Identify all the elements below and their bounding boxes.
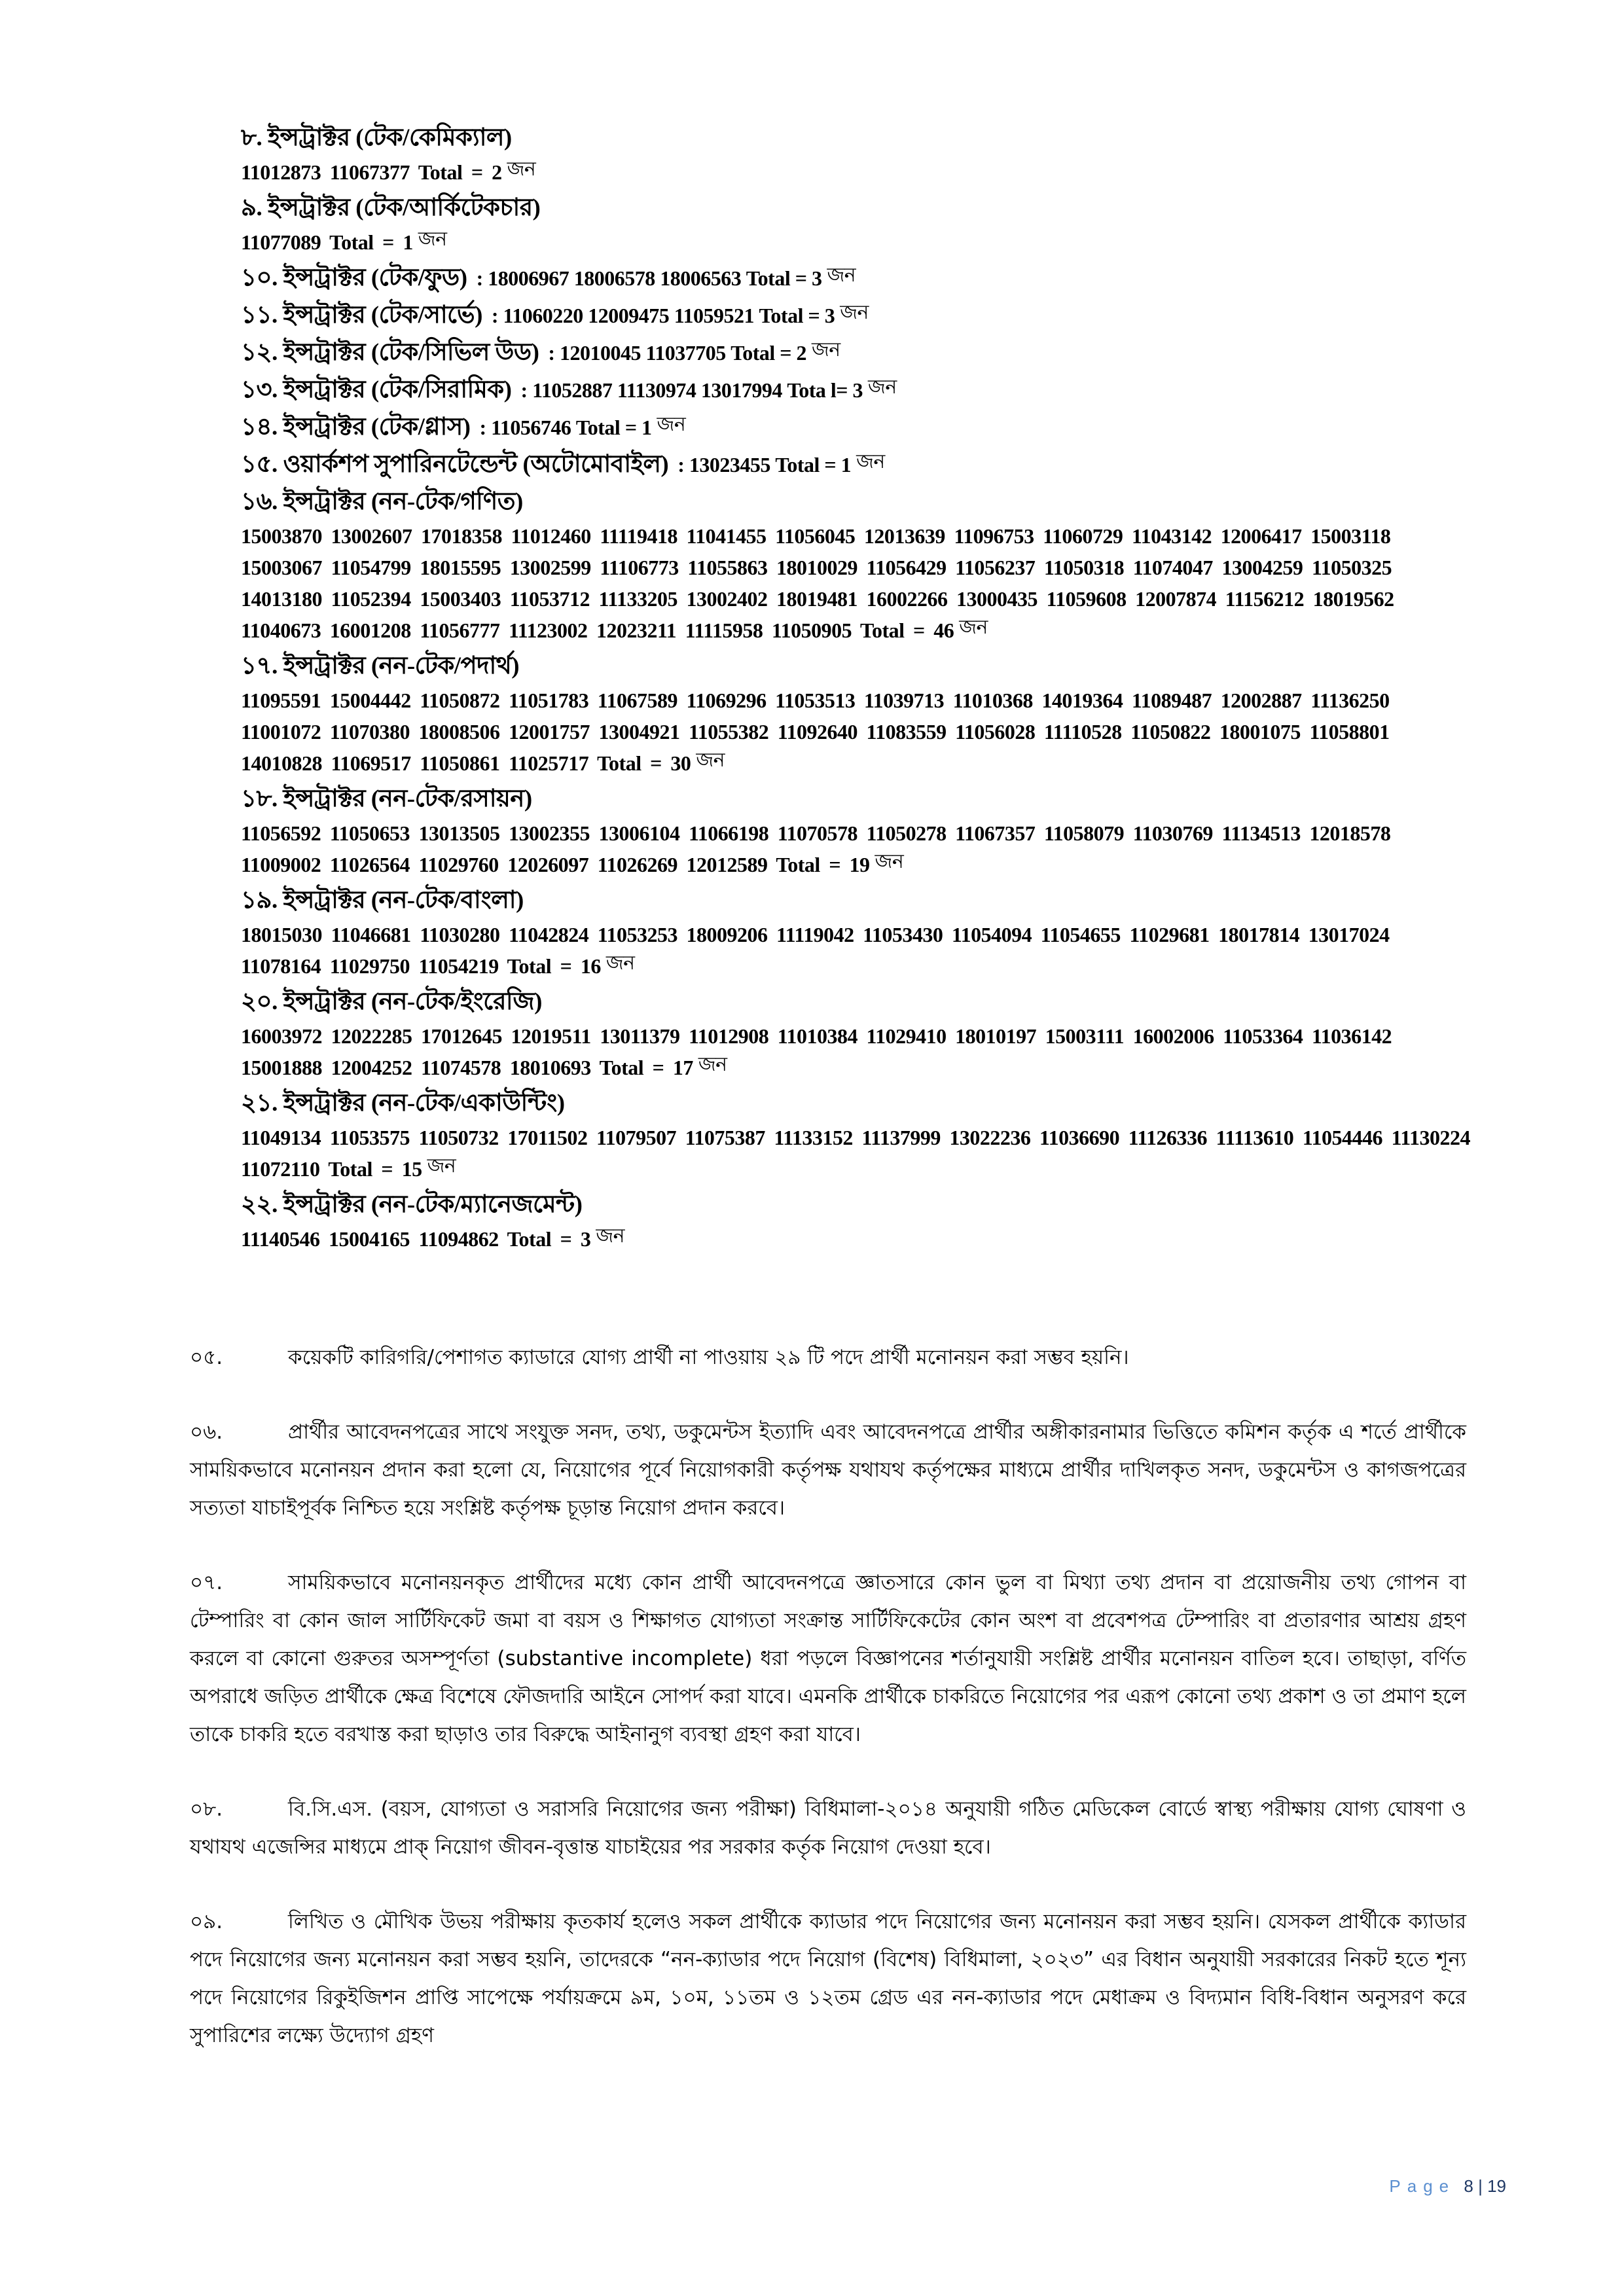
paragraph-text: সাময়িকভাবে মনোনয়নকৃত প্রার্থীদের মধ্যে… (190, 1571, 1466, 1746)
registration-number: 11133152 (774, 1126, 852, 1149)
registration-number: 11012908 (689, 1024, 768, 1048)
candidate-list: ৮. ইন্সট্রাক্টর (টেক/কেমিক্যাল)11012873 … (241, 119, 1471, 1256)
registration-number: 11133205 (598, 587, 677, 611)
unit-label: জন (507, 158, 536, 180)
registration-number: 11054094 (952, 923, 1032, 946)
unit-label: জন (812, 339, 840, 361)
registration-number: 17012645 (421, 1024, 502, 1048)
registration-number: 11012873 (241, 160, 321, 184)
section-heading: ১৬. ইন্সট্রাক্টর (নন-টেক/গণিত) (241, 483, 1471, 520)
registration-number: 15003118 (1310, 524, 1390, 548)
section-heading: ১১. ইন্সট্রাক্টর (টেক/সার্ভে): 11060220 … (241, 296, 1471, 334)
section-heading: ১৯. ইন্সট্রাক্টর (নন-টেক/বাংলা) (241, 882, 1471, 919)
total-value: 1 (403, 230, 413, 254)
registration-number: 11079507 (596, 1126, 676, 1149)
section-heading: ৯. ইন্সট্রাক্টর (টেক/আর্কিটেকচার) (241, 189, 1471, 226)
unit-label: জন (856, 451, 885, 473)
section-title: ১৯. ইন্সট্রাক্টর (নন-টেক/বাংলা) (241, 887, 524, 914)
section-title: ১৮. ইন্সট্রাক্টর (নন-টেক/রসায়ন) (241, 785, 532, 812)
total-count: Total = 15জন (328, 1157, 456, 1181)
registration-number: 13013505 (418, 821, 499, 845)
registration-number: 15004165 (329, 1227, 410, 1251)
total-count: Total = 3জন (746, 266, 856, 290)
unit-label: জন (840, 302, 869, 323)
registration-number: 11069296 (686, 689, 766, 712)
registration-number: 11054219 (418, 954, 498, 978)
registration-number: 11037705 (646, 341, 726, 365)
registration-number: 13002607 (331, 524, 412, 548)
registration-number: 11046681 (331, 923, 411, 946)
registration-number: 11026269 (598, 853, 677, 876)
registration-number: 11070578 (778, 821, 857, 845)
registration-number: 18019562 (1313, 587, 1394, 611)
registration-number: 13022236 (949, 1126, 1030, 1149)
registration-number: 11130974 (617, 378, 696, 402)
page-separator: | (1478, 2176, 1483, 2196)
registration-number: 11036142 (1312, 1024, 1392, 1048)
total-count: Total = 3জন (507, 1227, 624, 1251)
registration-number: 11050905 (772, 619, 852, 642)
registration-number: 18015030 (241, 923, 322, 946)
registration-number: 11039713 (864, 689, 944, 712)
registration-number: 12012589 (686, 853, 767, 876)
registration-number: 11095591 (241, 689, 321, 712)
registration-number: 14010828 (241, 751, 322, 775)
registration-number: 12018578 (1309, 821, 1390, 845)
total-count: Total = 2জন (731, 341, 840, 365)
registration-number: 12010045 (560, 341, 641, 365)
unit-label: জন (875, 851, 904, 872)
section-title: ১২. ইন্সট্রাক্টর (টেক/সিভিল উড) (241, 339, 539, 366)
registration-number: 13002402 (686, 587, 767, 611)
registration-number: 11075387 (685, 1126, 765, 1149)
registration-number: 17011502 (507, 1126, 587, 1149)
registration-number: 11043142 (1132, 524, 1212, 548)
registration-number: 11058079 (1044, 821, 1124, 845)
registration-number: 11119418 (600, 524, 677, 548)
total-value: 1 (641, 416, 652, 439)
section-title: ১৭. ইন্সট্রাক্টর (নন-টেক/পদার্থ) (241, 653, 519, 679)
registration-number: 13002599 (510, 556, 591, 579)
registration-number: 11055863 (687, 556, 767, 579)
total-label: Total = (746, 266, 807, 290)
registration-number: 11050653 (330, 821, 410, 845)
registration-list: : 13023455 Total = 1জন (677, 453, 885, 476)
registration-number: 12001757 (509, 720, 590, 744)
registration-number: 11012460 (511, 524, 591, 548)
section-heading: ১৩. ইন্সট্রাক্টর (টেক/সিরামিক): 11052887… (241, 371, 1471, 408)
registration-number: 11067357 (955, 821, 1035, 845)
section-title: ৮. ইন্সট্রাক্টর (টেক/কেমিক্যাল) (241, 124, 512, 151)
registration-number: 11054446 (1303, 1126, 1382, 1149)
registration-number: 13000435 (956, 587, 1038, 611)
total-value: 3 (825, 304, 835, 327)
total-value: 17 (673, 1056, 693, 1079)
registration-number: 11067377 (330, 160, 410, 184)
total-label: Total = (507, 954, 572, 978)
section-heading: ১৫. ওয়ার্কশপ সুপারিনটেন্ডেন্ট (অটোমোবাই… (241, 446, 1471, 483)
unit-label: জন (606, 952, 635, 974)
unit-label: জন (868, 376, 897, 398)
total-value: 2 (796, 341, 806, 365)
registration-number: 11029750 (330, 954, 410, 978)
registration-number: 11050325 (1312, 556, 1392, 579)
note-paragraph: ০৮.বি.সি.এস. (বয়স, যোগ্যতা ও সরাসরি নিয… (190, 1790, 1466, 1866)
registration-list: 11012873 11067377 Total = 2জন (241, 156, 1471, 189)
total-label: Total = (597, 751, 662, 775)
section-title: ১১. ইন্সট্রাক্টর (টেক/সার্ভে) (241, 302, 482, 329)
registration-number: 18010197 (955, 1024, 1036, 1048)
page-total: 19 (1487, 2176, 1506, 2196)
section-title: ৯. ইন্সট্রাক্টর (টেক/আর্কিটেকচার) (241, 194, 540, 221)
registration-number: 13004259 (1221, 556, 1303, 579)
registration-number: 13006104 (598, 821, 679, 845)
total-label: Total = (418, 160, 483, 184)
registration-number: 11056592 (241, 821, 321, 845)
registration-number: 11040673 (241, 619, 321, 642)
registration-number: 11042824 (509, 923, 588, 946)
section-heading: ২২. ইন্সট্রাক্টর (নন-টেক/ম্যানেজমেন্ট) (241, 1186, 1471, 1223)
total-value: 30 (670, 751, 691, 775)
registration-list: 11077089 Total = 1জন (241, 226, 1471, 259)
registration-number: 11066198 (689, 821, 768, 845)
section-heading: ১৭. ইন্সট্রাক্টর (নন-টেক/পদার্থ) (241, 647, 1471, 685)
unit-label: জন (827, 264, 856, 286)
total-value: 16 (581, 954, 601, 978)
page-label: Page (1389, 2176, 1455, 2196)
section-heading: ৮. ইন্সট্রাক্টর (টেক/কেমিক্যাল) (241, 119, 1471, 156)
registration-number: 12026097 (507, 853, 588, 876)
registration-number: 11059608 (1046, 587, 1126, 611)
registration-list: : 11052887 11130974 13017994 Tota l= 3জন (520, 378, 896, 402)
registration-number: 11053430 (863, 923, 943, 946)
registration-number: 11054799 (331, 556, 411, 579)
total-count: Total = 2জন (418, 160, 535, 184)
registration-number: 11026564 (330, 853, 410, 876)
note-paragraph: ০৫.কয়েকটি কারিগরি/পেশাগত ক্যাডারে যোগ্য… (190, 1338, 1466, 1376)
registration-list: 11049134 11053575 11050732 17011502 1107… (241, 1122, 1471, 1186)
registration-number: 11050732 (418, 1126, 498, 1149)
registration-number: 11053712 (510, 587, 590, 611)
registration-number: 12023211 (596, 619, 676, 642)
registration-number: 13017994 (701, 378, 782, 402)
total-label: Total = (328, 1157, 393, 1181)
registration-number: 11030280 (420, 923, 499, 946)
registration-number: 11060220 (503, 304, 583, 327)
registration-number: 11074047 (1133, 556, 1213, 579)
total-value: 19 (850, 853, 870, 876)
document-page: ৮. ইন্সট্রাক্টর (টেক/কেমিক্যাল)11012873 … (0, 0, 1624, 2296)
total-label: Total = (759, 304, 820, 327)
registration-number: 12009475 (588, 304, 669, 327)
registration-number: 11041455 (686, 524, 766, 548)
registration-number: 11123002 (509, 619, 587, 642)
registration-number: 11050278 (866, 821, 946, 845)
section-title: ১৬. ইন্সট্রাক্টর (নন-টেক/গণিত) (241, 488, 523, 515)
registration-list: : 18006967 18006578 18006563 Total = 3জন (477, 266, 856, 290)
unit-label: জন (596, 1225, 624, 1247)
registration-number: 11056028 (955, 720, 1035, 744)
total-count: Total = 17জন (600, 1056, 727, 1079)
registration-number: 16002266 (866, 587, 947, 611)
section-title: ২১. ইন্সট্রাক্টর (নন-টেক/একাউন্টিং) (241, 1090, 565, 1117)
registration-number: 11156212 (1225, 587, 1304, 611)
registration-number: 15003111 (1045, 1024, 1124, 1048)
registration-number: 11078164 (241, 954, 321, 978)
registration-number: 11096753 (954, 524, 1034, 548)
registration-number: 11056429 (866, 556, 946, 579)
registration-number: 13011379 (600, 1024, 679, 1048)
registration-number: 11029410 (866, 1024, 946, 1048)
registration-number: 11055382 (689, 720, 768, 744)
section-title: ২২. ইন্সট্রাক্টর (নন-টেক/ম্যানেজমেন্ট) (241, 1191, 582, 1218)
registration-list: : 11060220 12009475 11059521 Total = 3জন (492, 304, 869, 327)
total-value: 3 (812, 266, 822, 290)
page-number: 8 (1464, 2176, 1473, 2196)
registration-number: 11053513 (775, 689, 855, 712)
registration-number: 11058801 (1309, 720, 1389, 744)
unit-label: জন (657, 414, 686, 435)
registration-number: 17018358 (421, 524, 502, 548)
registration-number: 11052394 (331, 587, 411, 611)
registration-list: 11095591 15004442 11050872 11051783 1106… (241, 685, 1471, 780)
registration-list: 11056592 11050653 13013505 13002355 1300… (241, 817, 1471, 882)
note-paragraph: ০৭.সাময়িকভাবে মনোনয়নকৃত প্রার্থীদের মধ… (190, 1564, 1466, 1753)
registration-number: 18006967 (488, 266, 569, 290)
registration-number: 12022285 (331, 1024, 412, 1048)
registration-number: 11053575 (330, 1126, 410, 1149)
registration-number: 11056746 (491, 416, 571, 439)
total-label: Total = (576, 416, 637, 439)
paragraph-number: ০৯. (190, 1903, 288, 1941)
registration-number: 18017814 (1218, 923, 1299, 946)
paragraph-text: বি.সি.এস. (বয়স, যোগ্যতা ও সরাসরি নিয়োগ… (190, 1797, 1466, 1859)
registration-number: 16001208 (330, 619, 411, 642)
registration-number: 13002355 (509, 821, 590, 845)
section-title: ২০. ইন্সট্রাক্টর (নন-টেক/ইংরেজি) (241, 988, 542, 1015)
section-heading: ১৮. ইন্সট্রাক্টর (নন-টেক/রসায়ন) (241, 780, 1471, 817)
total-count: Total = 19জন (776, 853, 903, 876)
registration-number: 18006578 (574, 266, 655, 290)
registration-number: 11050822 (1130, 720, 1210, 744)
registration-number: 11115958 (685, 619, 763, 642)
registration-number: 11053364 (1223, 1024, 1303, 1048)
total-label: Total = (776, 853, 840, 876)
registration-list: 18015030 11046681 11030280 11042824 1105… (241, 919, 1471, 983)
registration-number: 11050318 (1044, 556, 1124, 579)
registration-number: 11029681 (1129, 923, 1209, 946)
total-count: Total = 1জন (775, 453, 884, 476)
registration-number: 12002887 (1221, 689, 1302, 712)
registration-list: : 11056746 Total = 1জন (479, 416, 685, 439)
registration-number: 11067589 (598, 689, 677, 712)
total-value: 2 (492, 160, 502, 184)
registration-number: 11074578 (421, 1056, 501, 1079)
registration-number: 11140546 (241, 1227, 319, 1251)
registration-list: : 12010045 11037705 Total = 2জন (548, 341, 840, 365)
registration-number: 11052887 (532, 378, 612, 402)
total-label: Total = (329, 230, 394, 254)
section-title: ১৩. ইন্সট্রাক্টর (টেক/সিরামিক) (241, 376, 511, 403)
paragraph-number: ০৫. (190, 1338, 288, 1376)
unit-label: জন (959, 617, 988, 638)
total-count: Total = 46জন (860, 619, 988, 642)
unit-label: জন (698, 1054, 727, 1075)
registration-number: 11051783 (509, 689, 588, 712)
section-title: ১৫. ওয়ার্কশপ সুপারিনটেন্ডেন্ট (অটোমোবাই… (241, 451, 668, 478)
registration-number: 11009002 (241, 853, 321, 876)
registration-number: 15003403 (420, 587, 501, 611)
notes-section: ০৫.কয়েকটি কারিগরি/পেশাগত ক্যাডারে যোগ্য… (190, 1338, 1466, 2091)
registration-number: 12006417 (1221, 524, 1302, 548)
page-footer: Page 8 | 19 (1389, 2176, 1506, 2197)
registration-number: 11094862 (418, 1227, 498, 1251)
registration-number: 13017024 (1308, 923, 1390, 946)
total-label: Total = (731, 341, 791, 365)
paragraph-number: ০৭. (190, 1564, 288, 1602)
registration-number: 15001888 (241, 1056, 322, 1079)
registration-number: 11054655 (1041, 923, 1121, 946)
registration-number: 15003067 (241, 556, 322, 579)
total-count: Total = 3জন (759, 304, 869, 327)
registration-number: 11136250 (1310, 689, 1389, 712)
total-count: Total = 30জন (597, 751, 725, 775)
registration-number: 12004252 (331, 1056, 412, 1079)
registration-number: 11056237 (955, 556, 1035, 579)
registration-number: 12013639 (864, 524, 945, 548)
registration-number: 18009206 (686, 923, 767, 946)
total-value: 1 (841, 453, 852, 476)
registration-number: 11030769 (1133, 821, 1213, 845)
registration-number: 18015595 (420, 556, 501, 579)
registration-number: 11010384 (778, 1024, 857, 1048)
registration-number: 11060729 (1043, 524, 1123, 548)
total-value: 3 (853, 378, 863, 402)
registration-number: 11059521 (674, 304, 754, 327)
registration-number: 12019511 (511, 1024, 591, 1048)
registration-number: 14013180 (241, 587, 322, 611)
registration-number: 11056777 (420, 619, 499, 642)
paragraph-text: লিখিত ও মৌখিক উভয় পরীক্ষায় কৃতকার্য হল… (190, 1910, 1466, 2047)
section-heading: ১২. ইন্সট্রাক্টর (টেক/সিভিল উড): 1201004… (241, 334, 1471, 371)
section-title: ১৪. ইন্সট্রাক্টর (টেক/গ্লাস) (241, 414, 470, 440)
registration-number: 11029760 (418, 853, 498, 876)
paragraph-number: ০৮. (190, 1790, 288, 1828)
registration-number: 11134513 (1221, 821, 1300, 845)
total-value: 3 (581, 1227, 591, 1251)
section-heading: ১৪. ইন্সট্রাক্টর (টেক/গ্লাস): 11056746 T… (241, 408, 1471, 446)
registration-number: 11113610 (1216, 1126, 1294, 1149)
note-paragraph: ০৬.প্রার্থীর আবেদনপত্রের সাথে সংযুক্ত সন… (190, 1413, 1466, 1527)
registration-list: 15003870 13002607 17018358 11012460 1111… (241, 520, 1471, 647)
total-label: Total = (860, 619, 925, 642)
total-count: Total = 16জন (507, 954, 635, 978)
unit-label: জন (418, 228, 447, 250)
registration-number: 18010693 (510, 1056, 591, 1079)
registration-number: 11010368 (953, 689, 1033, 712)
registration-number: 11049134 (241, 1126, 321, 1149)
unit-label: জন (427, 1155, 456, 1177)
registration-number: 11083559 (866, 720, 946, 744)
paragraph-text: প্রার্থীর আবেদনপত্রের সাথে সংযুক্ত সনদ, … (190, 1420, 1466, 1520)
registration-list: 16003972 12022285 17012645 12019511 1301… (241, 1020, 1471, 1085)
total-count: Tota l= 3জন (787, 378, 896, 402)
registration-number: 13023455 (689, 453, 770, 476)
registration-number: 11130224 (1391, 1126, 1470, 1149)
registration-number: 15004442 (330, 689, 411, 712)
registration-number: 18001075 (1219, 720, 1301, 744)
registration-number: 11126336 (1128, 1126, 1207, 1149)
registration-number: 11056045 (775, 524, 855, 548)
registration-number: 11077089 (241, 230, 321, 254)
registration-number: 11119042 (776, 923, 854, 946)
registration-number: 11025717 (509, 751, 588, 775)
total-value: 46 (933, 619, 954, 642)
registration-number: 11001072 (241, 720, 321, 744)
total-label: Total = (775, 453, 836, 476)
registration-number: 18008506 (418, 720, 499, 744)
registration-number: 12007874 (1135, 587, 1216, 611)
registration-number: 11072110 (241, 1157, 319, 1181)
registration-number: 18006563 (660, 266, 741, 290)
registration-number: 11050872 (420, 689, 499, 712)
registration-number: 11137999 (861, 1126, 940, 1149)
section-heading: ২০. ইন্সট্রাক্টর (নন-টেক/ইংরেজি) (241, 983, 1471, 1020)
registration-number: 11036690 (1039, 1126, 1119, 1149)
total-label: Total = (600, 1056, 664, 1079)
total-count: Total = 1জন (576, 416, 685, 439)
total-label: Total = (507, 1227, 572, 1251)
registration-number: 13004921 (598, 720, 679, 744)
registration-number: 14019364 (1041, 689, 1123, 712)
registration-number: 16002006 (1133, 1024, 1214, 1048)
registration-number: 15003870 (241, 524, 322, 548)
registration-number: 11092640 (778, 720, 857, 744)
registration-number: 11110528 (1044, 720, 1122, 744)
section-heading: ১০. ইন্সট্রাক্টর (টেক/ফুড): 18006967 180… (241, 259, 1471, 296)
registration-number: 11069517 (331, 751, 411, 775)
total-count: Total = 1জন (329, 230, 446, 254)
registration-number: 11053253 (598, 923, 677, 946)
note-paragraph: ০৯.লিখিত ও মৌখিক উভয় পরীক্ষায় কৃতকার্য… (190, 1903, 1466, 2054)
paragraph-number: ০৬. (190, 1413, 288, 1451)
registration-number: 11070380 (330, 720, 410, 744)
registration-number: 11089487 (1132, 689, 1212, 712)
registration-number: 16003972 (241, 1024, 322, 1048)
registration-number: 11050861 (420, 751, 499, 775)
section-title: ১০. ইন্সট্রাক্টর (টেক/ফুড) (241, 264, 467, 291)
registration-number: 18010029 (776, 556, 857, 579)
unit-label: জন (696, 749, 725, 771)
section-heading: ২১. ইন্সট্রাক্টর (নন-টেক/একাউন্টিং) (241, 1085, 1471, 1122)
registration-number: 11106773 (600, 556, 678, 579)
registration-number: 18019481 (776, 587, 857, 611)
total-label: Tota l= (787, 378, 848, 402)
paragraph-text: কয়েকটি কারিগরি/পেশাগত ক্যাডারে যোগ্য প্… (288, 1346, 1129, 1369)
registration-list: 11140546 15004165 11094862 Total = 3জন (241, 1223, 1471, 1256)
total-value: 15 (402, 1157, 422, 1181)
